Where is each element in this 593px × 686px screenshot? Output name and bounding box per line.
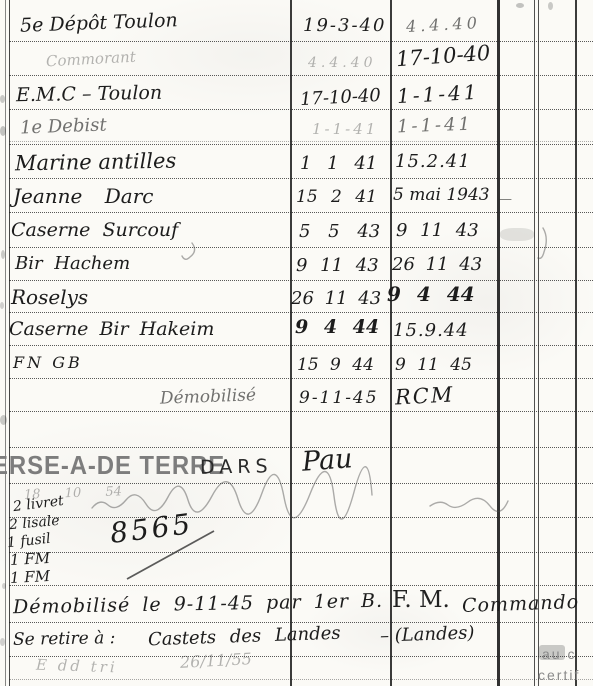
table-rule-horizontal xyxy=(9,378,593,379)
table-rule-horizontal xyxy=(9,312,593,313)
unit-cell: 1e Debist xyxy=(20,116,107,137)
equipment-item: 2 livret xyxy=(12,494,64,514)
equipment-item: 1 fusil xyxy=(6,532,51,550)
date-start-cell: 19-3-40 xyxy=(303,17,386,35)
equipment-item: 1 FM xyxy=(10,569,51,586)
table-rule-horizontal xyxy=(9,585,593,586)
unit-cell: Roselys xyxy=(11,287,88,307)
unit-cell: Bir Hachem xyxy=(15,255,130,273)
demobilisation-unit-commando: Commando xyxy=(462,593,580,616)
date-end-cell: 9 11 43 xyxy=(396,222,479,240)
dash-mark: — xyxy=(499,193,512,206)
table-rule-vertical xyxy=(538,0,539,686)
ink-speck xyxy=(548,2,553,10)
corner-stamp-fragment: certif xyxy=(538,668,580,682)
handwritten-caps-annotation: DARS xyxy=(200,457,273,477)
unit-cell: Caserne Surcouf xyxy=(11,221,178,240)
date-end-cell: 9 11 45 xyxy=(395,357,472,374)
ink-smudge xyxy=(500,228,534,241)
bleedthrough-date: 26/11/55 xyxy=(180,651,253,671)
unit-cell: Démobilisé xyxy=(160,387,257,407)
date-start-cell: 9 11 43 xyxy=(296,257,379,275)
date-end-cell: 17-10-40 xyxy=(395,43,491,71)
unit-cell: Commorant xyxy=(46,50,136,70)
handwritten-number: 8565 xyxy=(109,510,195,548)
equipment-item: 2 lisale xyxy=(8,514,60,532)
date-end-cell: 1-1-41 xyxy=(397,116,474,137)
equipment-item: 1 FM xyxy=(10,551,51,568)
table-rule-vertical xyxy=(290,0,292,686)
date-start-cell: 5 5 43 xyxy=(299,223,380,241)
table-rule-horizontal xyxy=(9,75,593,76)
date-end-cell: 9 4 44 xyxy=(387,284,475,304)
bleedthrough-note: E dd tri xyxy=(36,658,118,676)
table-rule-vertical xyxy=(575,0,577,686)
date-end-cell: 1-1-41 xyxy=(397,82,480,106)
date-start-cell: 1-1-41 xyxy=(312,122,378,137)
table-rule-horizontal xyxy=(9,178,593,179)
table-rule-vertical xyxy=(390,0,392,686)
table-rule-vertical xyxy=(497,0,500,686)
residence-label: Se retire à : xyxy=(13,630,116,649)
table-rule-horizontal xyxy=(9,345,593,346)
scanned-service-record-page: 5e Dépôt Toulon 19-3-40 4.4.40 Commorant… xyxy=(0,0,593,686)
table-rule-horizontal xyxy=(9,247,593,248)
date-start-cell: 1 1 41 xyxy=(300,155,377,173)
table-rule-horizontal xyxy=(9,552,593,553)
table-rule-horizontal xyxy=(9,679,593,680)
corner-stamp-fragment: au c xyxy=(542,647,576,661)
unit-cell: E.M.C – Toulon xyxy=(16,84,162,106)
table-rule-horizontal xyxy=(9,41,593,42)
residence-suffix: – (Landes) xyxy=(380,624,475,645)
date-start-cell: 26 11 43 xyxy=(291,290,381,308)
date-start-cell: 15 9 44 xyxy=(297,357,374,374)
date-start-cell: 17-10-40 xyxy=(300,87,382,109)
date-start-cell: 9-11-45 xyxy=(299,390,379,407)
unit-cell: FN GB xyxy=(13,355,83,371)
date-start-cell: 4.4.40 xyxy=(308,56,377,70)
ink-speck xyxy=(516,3,524,8)
unit-cell: Caserne Bir Hakeim xyxy=(9,320,214,339)
date-end-cell: 15.2.41 xyxy=(395,153,471,171)
table-rule-horizontal xyxy=(9,144,593,145)
table-rule-horizontal xyxy=(9,622,593,623)
residence-place: Castets des Landes xyxy=(148,625,341,650)
ink-speck xyxy=(0,302,4,309)
unit-cell: Marine antilles xyxy=(15,151,177,175)
table-rule-horizontal xyxy=(9,141,593,142)
unit-cell: Jeanne Darc xyxy=(13,186,153,206)
date-end-cell: 26 11 43 xyxy=(392,256,482,274)
demobilisation-unit-fm: F. M. xyxy=(392,589,450,612)
handwritten-name: Pau xyxy=(301,445,353,475)
date-start-cell: 15 2 41 xyxy=(296,189,377,206)
date-end-cell: RCM xyxy=(394,384,454,408)
demobilisation-note: Démobilisé le 9-11-45 par 1er B. xyxy=(13,592,383,617)
date-end-cell: 4.4.40 xyxy=(406,15,482,35)
table-rule-vertical xyxy=(5,0,6,686)
unit-cell: 5e Dépôt Toulon xyxy=(20,11,178,35)
date-end-cell: 5 mai 1943 xyxy=(393,187,490,204)
table-rule-horizontal xyxy=(9,483,593,484)
table-rule-horizontal xyxy=(9,212,593,213)
date-start-cell: 9 4 44 xyxy=(295,318,379,337)
table-rule-vertical xyxy=(534,0,535,686)
date-end-cell: 15.9.44 xyxy=(393,322,469,340)
table-rule-horizontal xyxy=(9,517,593,518)
table-rule-horizontal xyxy=(9,280,593,281)
table-rule-horizontal xyxy=(9,411,593,412)
armee-de-terre-stamp: ERSE-A-DE TERRE xyxy=(0,452,225,478)
